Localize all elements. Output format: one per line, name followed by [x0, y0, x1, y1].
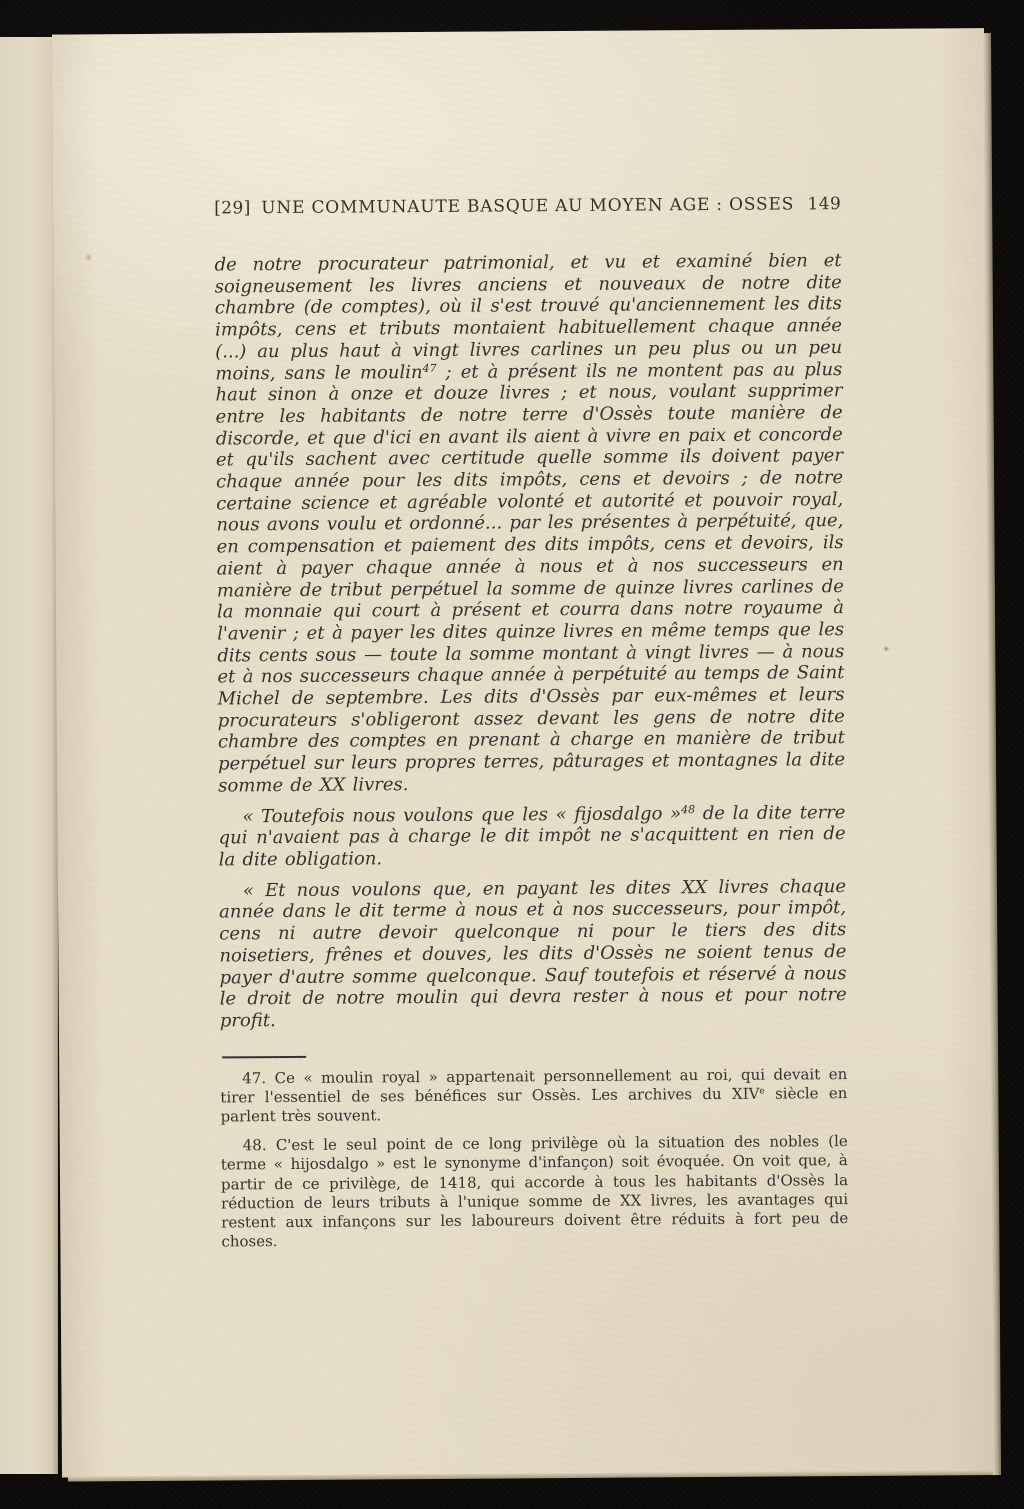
superscript: e: [759, 1086, 764, 1096]
running-title: UNE COMMUNAUTE BASQUE AU MOYEN AGE : OSS…: [261, 194, 794, 218]
page-header: [29] UNE COMMUNAUTE BASQUE AU MOYEN AGE …: [214, 194, 841, 218]
page-number: 149: [794, 194, 841, 214]
body-paragraph: de notre procurateur patrimonial, et vu …: [215, 250, 846, 797]
book-scan-photo: [29] UNE COMMUNAUTE BASQUE AU MOYEN AGE …: [0, 0, 1024, 1509]
footnote-ref: 48: [681, 803, 695, 816]
footnote: 48. C'est le seul point de ce long privi…: [221, 1132, 849, 1252]
footnotes-list: 47. Ce « moulin royal » appartenait pers…: [220, 1065, 848, 1252]
footnotes-section: 47. Ce « moulin royal » appartenait pers…: [220, 1052, 848, 1252]
footnote-rule: [222, 1055, 306, 1058]
page-content: [29] UNE COMMUNAUTE BASQUE AU MOYEN AGE …: [214, 194, 848, 1252]
footnote-ref: 47: [422, 361, 436, 374]
section-ref: [29]: [214, 198, 261, 218]
body-paragraph: « Toutefois nous voulons que les « fijos…: [218, 802, 845, 871]
body-paragraph: « Et nous voulons que, en payant les dit…: [219, 876, 847, 1032]
facing-page-sliver: [0, 37, 58, 1474]
book-page: [29] UNE COMMUNAUTE BASQUE AU MOYEN AGE …: [52, 28, 994, 1477]
body-text: de notre procurateur patrimonial, et vu …: [215, 250, 847, 1032]
footnote: 47. Ce « moulin royal » appartenait pers…: [220, 1065, 847, 1127]
